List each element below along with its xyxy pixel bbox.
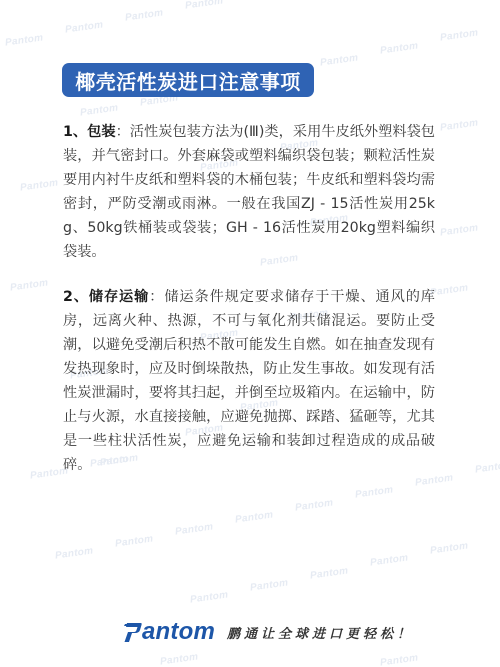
watermark: Pantom: [319, 52, 359, 68]
section-storage-transport: 2、储存运输：储运条件规定要求储存于干燥、通风的库房，远离火种、热源，不可与氧化…: [63, 285, 435, 477]
section-body: 储运条件规定要求储存于干燥、通风的库房，远离火种、热源，不可与氧化剂共储混运。要…: [63, 289, 435, 473]
watermark: Pantom: [309, 565, 349, 581]
watermark: Pantom: [174, 521, 214, 537]
section-colon: ：: [116, 124, 130, 140]
watermark: Pantom: [234, 509, 274, 525]
watermark: Pantom: [379, 40, 419, 56]
section-packaging: 1、包装：活性炭包装方法为(Ⅲ)类，采用牛皮纸外塑料袋包装，并气密封口。外套麻袋…: [63, 120, 435, 264]
pantom-logo-text: antom: [142, 618, 215, 646]
watermark: Pantom: [294, 497, 334, 513]
watermark: Pantom: [4, 32, 44, 48]
pantom-logo-mark-icon: [124, 621, 142, 643]
footer-brand: antom 鹏通让全球进口更轻松！: [124, 617, 414, 647]
section-heading: 储存运输: [89, 289, 149, 305]
watermark: Pantom: [114, 533, 154, 549]
section-colon: ：: [149, 289, 164, 305]
page-title-text: 椰壳活性炭进口注意事项: [75, 66, 301, 95]
section-body: 活性炭包装方法为(Ⅲ)类，采用牛皮纸外塑料袋包装，并气密封口。外套麻袋或塑料编织…: [63, 124, 435, 260]
watermark: Pantom: [474, 459, 500, 475]
watermark: Pantom: [379, 652, 419, 667]
watermark: Pantom: [184, 0, 224, 12]
watermark: Pantom: [429, 540, 469, 556]
watermark: Pantom: [354, 484, 394, 500]
watermark: Pantom: [369, 552, 409, 568]
watermark: Pantom: [54, 545, 94, 561]
section-number: 2、: [63, 289, 89, 305]
watermark: Pantom: [124, 7, 164, 23]
page-title: 椰壳活性炭进口注意事项: [62, 63, 314, 97]
watermark: Pantom: [19, 177, 59, 193]
pantom-logo: antom: [124, 618, 215, 646]
watermark: Pantom: [189, 589, 229, 605]
watermark: Pantom: [439, 27, 479, 43]
watermark: Pantom: [429, 282, 469, 298]
slogan: 鹏通让全球进口更轻松！: [227, 623, 414, 642]
watermark: Pantom: [64, 19, 104, 35]
watermark: Pantom: [439, 222, 479, 238]
section-heading: 包装: [87, 124, 115, 140]
watermark: Pantom: [79, 102, 119, 118]
watermark: Pantom: [439, 117, 479, 133]
page: Pantom Pantom Pantom Pantom Pantom Panto…: [0, 0, 500, 667]
section-number: 1、: [63, 124, 87, 140]
watermark: Pantom: [159, 651, 199, 667]
watermark: Pantom: [9, 277, 49, 293]
watermark: Pantom: [249, 577, 289, 593]
